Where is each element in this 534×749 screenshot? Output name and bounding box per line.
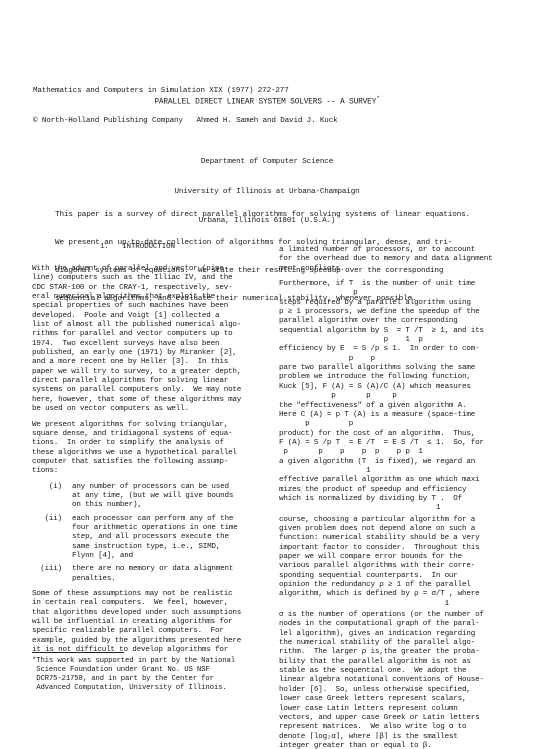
right-paragraph-4: σ is the number of operations (or the nu… xyxy=(279,611,511,749)
section-title: INTRODUCTION xyxy=(122,243,175,251)
abstract-line: This paper is a survey of direct paralle… xyxy=(55,211,470,220)
intro-paragraph-1: With the advent of parallel and vector (… xyxy=(32,265,264,415)
assumption-text: any number of processors can be used at … xyxy=(72,483,233,511)
intro-paragraph-2: We present algorithms for solving triang… xyxy=(32,421,264,477)
authors: Ahmed H. Sameh and David J. Kuck xyxy=(0,116,534,126)
left-column: With the advent of parallel and vector (… xyxy=(32,265,264,655)
title-text: PARALLEL DIRECT LINEAR SYSTEM SOLVERS --… xyxy=(154,99,376,107)
footnote: *This work was supported in part by the … xyxy=(32,657,235,693)
assumptions-list: (i)any number of processors can be used … xyxy=(32,483,264,584)
footnote-divider xyxy=(32,652,124,653)
right-paragraph-2: Furthermore, if T is the number of unit … xyxy=(279,280,511,514)
assumption-text: there are no memory or data alignment pe… xyxy=(72,565,233,584)
assumption-item: (iii)there are no memory or data alignme… xyxy=(32,565,264,584)
section-number: 1. xyxy=(100,243,109,251)
assumption-item: (ii)each processor can perform any of th… xyxy=(32,515,264,562)
assumption-text: each processor can perform any of the fo… xyxy=(72,515,238,562)
affiliation-line: Department of Computer Science xyxy=(0,158,534,168)
paper-title: PARALLEL DIRECT LINEAR SYSTEM SOLVERS --… xyxy=(0,94,534,108)
assumption-number: (i) xyxy=(32,483,72,511)
right-column: a limited number of processors, or to ac… xyxy=(279,246,511,749)
intro-paragraph-3: Some of these assumptions may not be rea… xyxy=(32,590,264,655)
assumption-number: (iii) xyxy=(32,565,72,584)
right-paragraph-3: course, choosing a particular algorithm … xyxy=(279,516,511,609)
title-footnote-mark: * xyxy=(376,95,379,102)
assumption-item: (i)any number of processors can be used … xyxy=(32,483,264,511)
assumption-number: (ii) xyxy=(32,515,72,562)
right-paragraph-1: a limited number of processors, or to ac… xyxy=(279,246,511,274)
section-heading: 1. INTRODUCTION xyxy=(100,242,175,252)
